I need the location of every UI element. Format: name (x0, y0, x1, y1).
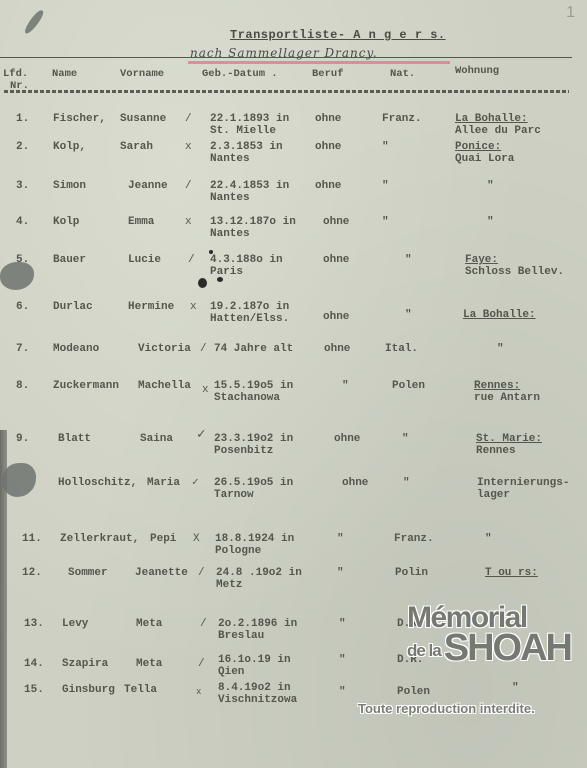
row-birth: 22.4.1853 in Nantes (210, 180, 289, 204)
row-name: Ginsburg (62, 684, 115, 696)
check-mark: / (185, 180, 192, 192)
row-wohnung: " (512, 682, 519, 694)
row-beruf: ohne (342, 477, 368, 489)
row-beruf: ohne (315, 180, 341, 192)
row-wohnung: Rennes: rue Antarn (474, 380, 540, 404)
row-nat: Polin (395, 567, 428, 579)
row-beruf: ohne (323, 216, 349, 228)
check-mark: ✓ (197, 429, 205, 441)
row-beruf: ohne (323, 254, 349, 266)
watermark-line2a: de la (407, 642, 441, 659)
column-header-geb: Geb.-Datum . (202, 68, 278, 80)
row-nat: " (403, 477, 410, 489)
row-beruf: " (339, 686, 346, 698)
row-number: 9. (16, 433, 29, 445)
row-vorname: Victoria (138, 343, 191, 355)
row-name: Fischer, (53, 113, 106, 125)
row-beruf: ohne (315, 113, 341, 125)
row-name: Sommer (68, 567, 108, 579)
red-underline (188, 61, 450, 64)
row-nat: " (382, 216, 389, 228)
row-number: 6. (16, 301, 29, 313)
row-vorname: Meta (136, 618, 162, 630)
row-wohnung: " (487, 180, 494, 192)
row-nat: " (402, 433, 409, 445)
row-vorname: Pepi (150, 533, 176, 545)
row-number: 4. (16, 216, 29, 228)
cross-mark: x (196, 686, 201, 698)
row-name: Durlac (53, 301, 93, 313)
row-nat: " (382, 141, 389, 153)
row-number: 12. (22, 567, 42, 579)
row-name: Kolp, (53, 141, 86, 153)
row-birth: 24.8 .19o2 in Metz (216, 567, 302, 591)
row-beruf: ohne (334, 433, 360, 445)
row-beruf: " (339, 618, 346, 630)
check-mark: / (188, 254, 195, 266)
row-beruf: ohne (323, 311, 349, 323)
row-vorname: Tella (124, 684, 157, 696)
cross-mark: x (185, 216, 192, 228)
row-nat: " (405, 254, 412, 266)
row-number: 7. (16, 343, 29, 355)
row-birth: 2.3.1853 in Nantes (210, 141, 283, 165)
row-wohnung: St. Marie: Rennes (476, 433, 542, 457)
memorial-shoah-watermark: Mémorial de la SHOAH (407, 603, 571, 667)
header-rule (0, 57, 572, 58)
scanned-document-page: 1 Transportliste- A n g e r s. nach Samm… (0, 0, 587, 768)
row-vorname: Jeanne (128, 180, 168, 192)
row-wohnung: Faye: Schloss Bellev. (465, 254, 564, 278)
check-mark: / (200, 618, 207, 630)
check-mark: ✓ (192, 477, 199, 489)
row-wohnung: La Bohalle: Allee du Parc (455, 113, 541, 137)
row-number: 10. (16, 477, 36, 489)
row-birth: 74 Jahre alt (214, 343, 293, 355)
row-vorname: Emma (128, 216, 154, 228)
row-birth: 22.1.1893 in St. Mielle (210, 113, 289, 137)
row-wohnung: Ponice: Quai Lora (455, 141, 514, 165)
row-name: Bauer (53, 254, 86, 266)
check-mark: / (200, 343, 207, 355)
row-number: 2. (16, 141, 29, 153)
row-wohnung: " (485, 533, 492, 545)
row-birth: 16.1o.19 in Qien (218, 654, 291, 678)
cross-mark: x (185, 141, 192, 153)
row-number: 3. (16, 180, 29, 192)
row-name: Holloschitz, (58, 477, 137, 489)
row-number: 11. (22, 533, 42, 545)
column-header-lfd: Lfd. (3, 68, 28, 80)
cross-mark: x (190, 301, 197, 313)
check-mark: / (198, 658, 205, 670)
row-beruf: ohne (315, 141, 341, 153)
row-birth: 19.2.187o in Hatten/Elss. (210, 301, 289, 325)
row-vorname: Susanne (120, 113, 166, 125)
row-wohnung: " (487, 216, 494, 228)
row-vorname: Lucie (128, 254, 161, 266)
row-birth: 13.12.187o in Nantes (210, 216, 296, 240)
column-header-name: Name (52, 68, 77, 80)
column-header-vorname: Vorname (120, 68, 164, 80)
stain-mark (0, 262, 34, 290)
check-mark: / (185, 113, 192, 125)
row-beruf: ohne (324, 343, 350, 355)
row-beruf: " (339, 654, 346, 666)
row-number: 8. (16, 380, 29, 392)
header-dashed-rule (4, 90, 569, 93)
column-header-nat: Nat. (390, 68, 415, 80)
watermark-copyright-notice: Toute reproduction interdite. (358, 701, 535, 716)
row-name: Szapira (62, 658, 108, 670)
ink-blot (198, 278, 207, 288)
row-vorname: Meta (136, 658, 162, 670)
column-header-beruf: Beruf (312, 68, 344, 80)
cross-mark: X (193, 533, 200, 545)
row-nat: " (405, 309, 412, 321)
cross-mark: x (202, 384, 209, 396)
row-wohnung: T ou rs: (485, 567, 538, 579)
row-beruf: " (337, 567, 344, 579)
row-name: Zuckermann (53, 380, 119, 392)
row-beruf: " (342, 380, 349, 392)
row-name: Kolp (53, 216, 79, 228)
row-nat: Franz. (394, 533, 434, 545)
row-nat: Polen (397, 686, 430, 698)
stain-mark (23, 8, 46, 36)
document-title: Transportliste- A n g e r s. (230, 28, 446, 42)
row-birth: 26.5.19o5 in Tarnow (214, 477, 293, 501)
row-nat: Franz. (382, 113, 422, 125)
row-birth: 2o.2.1896 in Breslau (218, 618, 297, 642)
row-beruf: " (337, 533, 344, 545)
row-vorname: Jeanette (135, 567, 188, 579)
row-name: Blatt (58, 433, 91, 445)
row-vorname: Hermine (128, 301, 174, 313)
row-name: Zellerkraut, (60, 533, 139, 545)
row-vorname: Saina (140, 433, 173, 445)
watermark-line2b: SHOAH (444, 629, 571, 667)
row-vorname: Sarah (120, 141, 153, 153)
row-nat: Ital. (385, 343, 418, 355)
row-vorname: Machella (138, 380, 191, 392)
row-nat: " (382, 180, 389, 192)
row-birth: 23.3.19o2 in Posenbitz (214, 433, 293, 457)
row-birth: 18.8.1924 in Pologne (215, 533, 294, 557)
row-number: 13. (24, 618, 44, 630)
row-birth: 15.5.19o5 in Stachanowa (214, 380, 293, 404)
check-mark: / (198, 567, 205, 579)
row-number: 1. (16, 113, 29, 125)
row-wohnung: La Bohalle: (463, 309, 536, 321)
row-vorname: Maria (147, 477, 180, 489)
row-number: 5. (16, 254, 29, 266)
row-wohnung: Internierungs- lager (477, 477, 569, 501)
row-wohnung: " (497, 343, 504, 355)
row-birth: 8.4.19o2 in Vischnitzowa (218, 682, 297, 706)
row-name: Simon (53, 180, 86, 192)
row-name: Modeano (53, 343, 99, 355)
row-number: 15. (24, 684, 44, 696)
row-name: Levy (62, 618, 88, 630)
row-nat: Polen (392, 380, 425, 392)
page-number: 1 (566, 4, 575, 22)
column-header-wohnung: Wohnung (455, 65, 499, 77)
row-birth: 4.3.188o in Paris (210, 254, 283, 278)
row-number: 14. (24, 658, 44, 670)
